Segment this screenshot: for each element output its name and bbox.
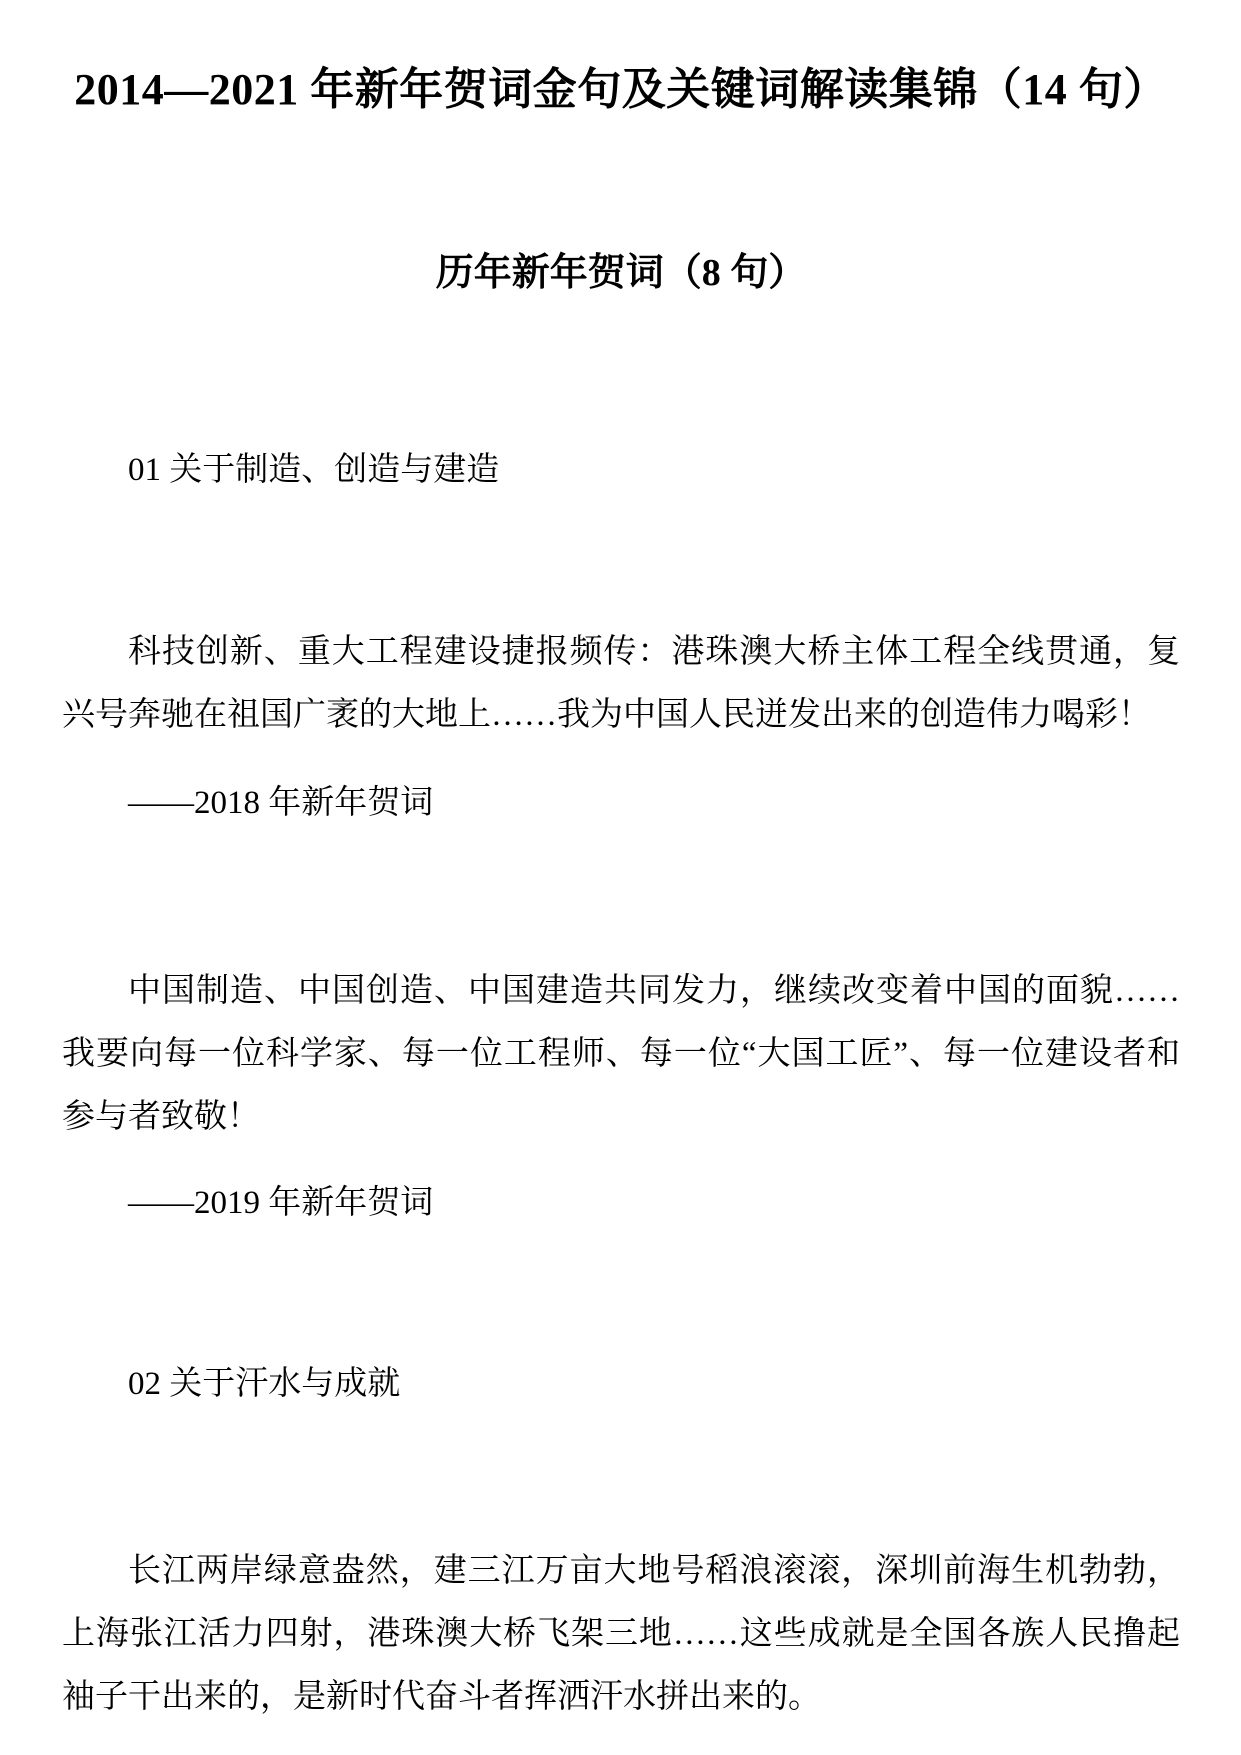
quote-paragraph-2018: 科技创新、重大工程建设捷报频传：港珠澳大桥主体工程全线贯通，复兴号奔驰在祖国广袤… <box>62 621 1180 747</box>
attribution-2018: ——2018 年新年贺词 <box>62 772 1180 835</box>
quote-paragraph-sweat-achievement: 长江两岸绿意盎然，建三江万亩大地号稻浪滚滚，深圳前海生机勃勃，上海张江活力四射，… <box>62 1540 1180 1729</box>
document-title: 2014—2021 年新年贺词金句及关键词解读集锦（14 句） <box>62 62 1180 118</box>
section-01-heading: 01 关于制造、创造与建造 <box>62 439 1180 502</box>
section-02-heading: 02 关于汗水与成就 <box>62 1353 1180 1416</box>
document-page: 2014—2021 年新年贺词金句及关键词解读集锦（14 句） 历年新年贺词（8… <box>0 0 1241 1755</box>
document-subtitle: 历年新年贺词（8 句） <box>62 247 1180 299</box>
section-02: 02 关于汗水与成就 长江两岸绿意盎然，建三江万亩大地号稻浪滚滚，深圳前海生机勃… <box>62 1353 1180 1729</box>
attribution-2019: ——2019 年新年贺词 <box>62 1172 1180 1235</box>
quote-paragraph-2019: 中国制造、中国创造、中国建造共同发力，继续改变着中国的面貌……我要向每一位科学家… <box>62 960 1180 1149</box>
section-01: 01 关于制造、创造与建造 科技创新、重大工程建设捷报频传：港珠澳大桥主体工程全… <box>62 439 1180 1235</box>
